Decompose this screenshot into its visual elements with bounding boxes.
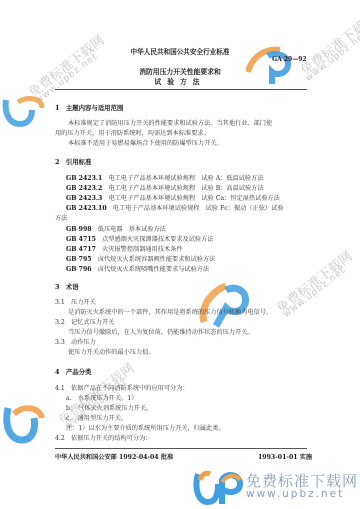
term-definition: 是消防灭火系统中的一个部件，其作用是将系统的压力信号转换为电信号。: [68, 309, 272, 317]
term-number: 3.3: [55, 339, 65, 346]
term-name: 压力开关: [71, 299, 96, 306]
section-4-heading: 4 产品分类: [55, 367, 91, 376]
reference-item: GB 796 卤代烷灭火系统喷嘴性能要求与试验方法: [66, 266, 209, 274]
reference-title: 卤代烷灭火系统喷嘴性能要求与试验方法: [98, 266, 209, 273]
term-number: 3.1: [55, 299, 65, 306]
classification-item-c: c. 通用型压力开关。: [66, 415, 127, 423]
reference-item: GB 998 低压电器 基本试验方法: [66, 226, 166, 234]
up-brand-logo-icon: [192, 470, 244, 506]
reference-title: 电工电子产品基本环境试验规程 试验 B：高温试验方法: [109, 185, 264, 192]
reference-title: 点型感烟火灾探测器技术要求及试验方法: [102, 236, 213, 243]
reference-item: GB 795 卤代烷灭火系统容器阀性能要求和试验方法: [66, 256, 215, 264]
reference-code: GB 795: [66, 256, 92, 263]
reference-code: GB 796: [66, 266, 92, 273]
term-definition: 当压力信号撤除后，在人为复位前，仍能维持动作状态的压力开关。: [68, 329, 254, 337]
reference-item: GB 2423.3 电工电子产品基本环境试验规程 试验 Ca：恒定湿热试验方法: [66, 195, 280, 203]
section-1-paragraph-1: 本标准规定了消防用压力开关的性能要求和试验方法。当其他行业、部门使: [68, 120, 272, 128]
watermark-site-name: 免费标准下载网: [272, 246, 355, 317]
document-title-line1: 消防用压力开关性能要求和: [0, 66, 360, 76]
section-1-paragraph-2: 本标准不适用于易燃易爆场合下使用的防爆型压力开关。: [68, 140, 223, 148]
effective-date: 1993-01-01 实施: [258, 452, 312, 461]
term-item: 3.3 动作压力: [55, 339, 96, 347]
reference-code: GB 2423.10: [66, 205, 107, 212]
reference-code: GB 2423.1: [66, 175, 102, 182]
reference-title: 电工电子产品基本环境试验规程 试验 A：低温试验方法: [109, 175, 264, 182]
section-2-heading: 2 引用标准: [55, 157, 91, 166]
up-logo-icon: [2, 400, 46, 448]
reference-item: GB 2423.10 电工电子产品基本环境试验规程 试验 Fc：振动（正弦）试验: [66, 205, 283, 213]
reference-item: GB 2423.2 电工电子产品基本环境试验规程 试验 B：高温试验方法: [66, 185, 264, 193]
term-name: 动作压力: [71, 339, 96, 346]
reference-item: GB 4717 火灾报警控制器通用技术条件: [66, 246, 183, 254]
watermark-url: www.upbz.net: [282, 265, 348, 319]
section-1-heading: 1 主题内容与适用范围: [55, 103, 123, 112]
reference-item-cont: 方法: [55, 215, 67, 223]
term-number: 3.2: [55, 319, 65, 326]
document-page: 免费标准下载网 www.upbz.net 免费标准下载网 www.upbz.ne…: [0, 0, 360, 509]
reference-code: GB 4715: [66, 236, 96, 243]
classification-item-b: b. 气体灭火剂系统压力开关。: [66, 405, 152, 413]
reference-title: 卤代烷灭火系统容器阀性能要求和试验方法: [98, 256, 216, 263]
reference-title: 火灾报警控制器通用技术条件: [102, 246, 182, 253]
term-item: 3.2 记忆式压力开关: [55, 319, 114, 327]
clause-4-2: 4.2 依据压力开关的结构可分为：: [55, 435, 151, 443]
header-rule: [55, 89, 307, 90]
classification-item-a: a. 水系统压力开关。1）: [66, 395, 137, 403]
term-item: 3.1 压力开关: [55, 299, 96, 307]
footer-rule: [55, 448, 307, 449]
approval-line: 中华人民共和国公安部 1992-04-04 批准: [55, 452, 173, 461]
reference-code: GB 4717: [66, 246, 96, 253]
standard-number: GA 29—92: [272, 56, 307, 63]
reference-title: 电工电子产品基本环境试验规程 试验 Fc：振动（正弦）试验: [113, 205, 284, 212]
document-title-line2: 试验方法: [0, 76, 360, 86]
clause-4-1: 4.1 依据产品在不同消防系统中的应用可分为：: [55, 385, 189, 393]
brand-url: www.upbz.net: [246, 488, 344, 500]
up-logo-icon: [2, 94, 46, 130]
reference-title: 低压电器 基本试验方法: [98, 226, 166, 233]
reference-code: GB 2423.2: [66, 185, 102, 192]
reference-code: GB 2423.3: [66, 195, 102, 202]
up-logo-icon: [196, 272, 256, 332]
reference-code: GB 998: [66, 226, 92, 233]
issuing-organization: 中华人民共和国公共安全行业标准: [0, 46, 360, 56]
reference-item: GB 2423.1 电工电子产品基本环境试验规程 试验 A：低温试验方法: [66, 175, 263, 183]
reference-item: GB 4715 点型感烟火灾探测器技术要求及试验方法: [66, 236, 213, 244]
reference-title: 电工电子产品基本环境试验规程 试验 Ca：恒定湿热试验方法: [109, 195, 280, 202]
term-definition: 使压力开关动作的最小压力值。: [68, 349, 155, 357]
section-1-paragraph-1-cont: 用的压力开关，用于消防系统时，均需达到本标准要求。: [55, 130, 210, 138]
classification-note: 注：1）以水为主要介质的系统所用压力开关，归属此类。: [66, 425, 225, 433]
term-name: 记忆式压力开关: [71, 319, 114, 326]
section-3-heading: 3 术语: [55, 282, 79, 291]
